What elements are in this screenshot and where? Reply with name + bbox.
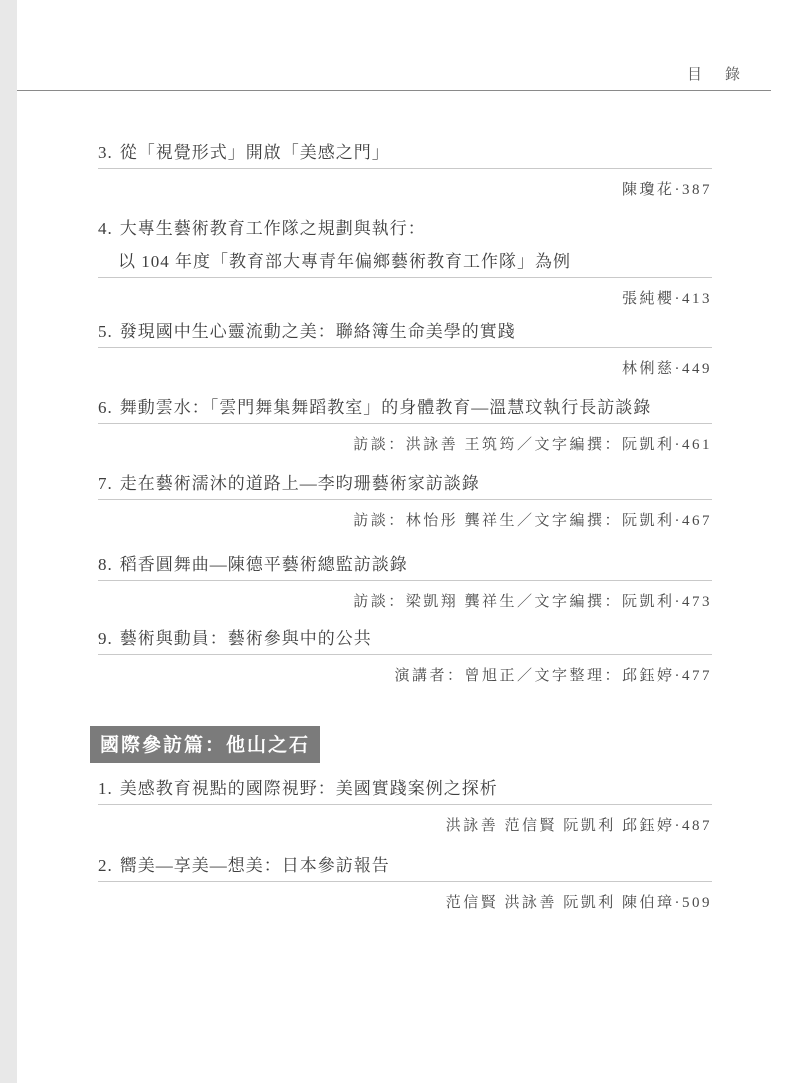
entry-title-text: 美感教育視點的國際視野：美國實踐案例之探析: [120, 779, 498, 798]
entry-credit: 陳瓊花·387: [98, 178, 712, 199]
section-header-international: 國際參訪篇：他山之石: [90, 726, 320, 763]
toc-entry-4: 4.大專生藝術教育工作隊之規劃與執行： 以 104 年度「教育部大專青年偏鄉藝術…: [98, 214, 712, 308]
entry-title: 4.大專生藝術教育工作隊之規劃與執行：: [98, 214, 712, 242]
entry-number: 4.: [98, 219, 113, 238]
entry-title-text: 大專生藝術教育工作隊之規劃與執行：: [120, 219, 426, 238]
entry-title-text: 藝術與動員：藝術參與中的公共: [120, 629, 372, 648]
entry-number: 7.: [98, 474, 113, 493]
toc-entry-8: 8.稻香圓舞曲—陳德平藝術總監訪談錄 訪談：梁凱翔 龔祥生／文字編撰：阮凱利·4…: [98, 550, 712, 611]
entry-number: 1.: [98, 779, 113, 798]
entry-title-text: 嚮美—享美—想美：日本參訪報告: [120, 856, 390, 875]
entry-credit: 訪談：林怡彤 龔祥生／文字編撰：阮凱利·467: [98, 509, 712, 530]
entry-title: 7.走在藝術濡沐的道路上—李昀珊藝術家訪談錄: [98, 469, 712, 500]
entry-title-text: 發現國中生心靈流動之美：聯絡簿生命美學的實踐: [120, 322, 516, 341]
entry-title: 2.嚮美—享美—想美：日本參訪報告: [98, 851, 712, 882]
page-gutter-strip: [0, 0, 17, 1083]
entry-title-text: 走在藝術濡沐的道路上—李昀珊藝術家訪談錄: [120, 474, 480, 493]
entry-title-text: 舞動雲水：「雲門舞集舞蹈教室」的身體教育—溫慧玟執行長訪談錄: [120, 398, 652, 417]
entry-title: 9.藝術與動員：藝術參與中的公共: [98, 624, 712, 655]
header-divider-rule: [17, 90, 771, 91]
entry-credit: 洪詠善 范信賢 阮凱利 邱鈺婷·487: [98, 814, 712, 835]
toc-entry-9: 9.藝術與動員：藝術參與中的公共 演講者：曾旭正／文字整理：邱鈺婷·477: [98, 624, 712, 685]
entry-credit: 訪談：洪詠善 王筑筠／文字編撰：阮凱利·461: [98, 433, 712, 454]
entry-credit: 張純櫻·413: [98, 287, 712, 308]
entry-title: 1.美感教育視點的國際視野：美國實踐案例之探析: [98, 774, 712, 805]
toc-entry-5: 5.發現國中生心靈流動之美：聯絡簿生命美學的實踐 林俐慈·449: [98, 317, 712, 378]
entry-title: 6.舞動雲水：「雲門舞集舞蹈教室」的身體教育—溫慧玟執行長訪談錄: [98, 393, 712, 424]
entry-title: 5.發現國中生心靈流動之美：聯絡簿生命美學的實踐: [98, 317, 712, 348]
entry-number: 5.: [98, 322, 113, 341]
entry-number: 3.: [98, 143, 113, 162]
entry-number: 2.: [98, 856, 113, 875]
toc-page: { "page": { "header": "目 錄", "section_he…: [0, 0, 800, 1083]
entry-credit: 范信賢 洪詠善 阮凱利 陳伯璋·509: [98, 891, 712, 912]
page-header-title: 目 錄: [687, 63, 744, 84]
toc-entry-6: 6.舞動雲水：「雲門舞集舞蹈教室」的身體教育—溫慧玟執行長訪談錄 訪談：洪詠善 …: [98, 393, 712, 454]
entry-title-line2: 以 104 年度「教育部大專青年偏鄉藝術教育工作隊」為例: [98, 242, 712, 278]
entry-number: 9.: [98, 629, 113, 648]
toc-entry-3: 3.從「視覺形式」開啟「美感之門」 陳瓊花·387: [98, 138, 712, 199]
entry-number: 6.: [98, 398, 113, 417]
toc-entry-intl-2: 2.嚮美—享美—想美：日本參訪報告 范信賢 洪詠善 阮凱利 陳伯璋·509: [98, 851, 712, 912]
entry-title-text: 稻香圓舞曲—陳德平藝術總監訪談錄: [120, 555, 408, 574]
entry-title: 3.從「視覺形式」開啟「美感之門」: [98, 138, 712, 169]
toc-entry-intl-1: 1.美感教育視點的國際視野：美國實踐案例之探析 洪詠善 范信賢 阮凱利 邱鈺婷·…: [98, 774, 712, 835]
entry-credit: 林俐慈·449: [98, 357, 712, 378]
entry-credit: 訪談：梁凱翔 龔祥生／文字編撰：阮凱利·473: [98, 590, 712, 611]
entry-title: 8.稻香圓舞曲—陳德平藝術總監訪談錄: [98, 550, 712, 581]
entry-title-text: 從「視覺形式」開啟「美感之門」: [120, 143, 390, 162]
entry-credit: 演講者：曾旭正／文字整理：邱鈺婷·477: [98, 664, 712, 685]
toc-entry-7: 7.走在藝術濡沐的道路上—李昀珊藝術家訪談錄 訪談：林怡彤 龔祥生／文字編撰：阮…: [98, 469, 712, 530]
entry-number: 8.: [98, 555, 113, 574]
